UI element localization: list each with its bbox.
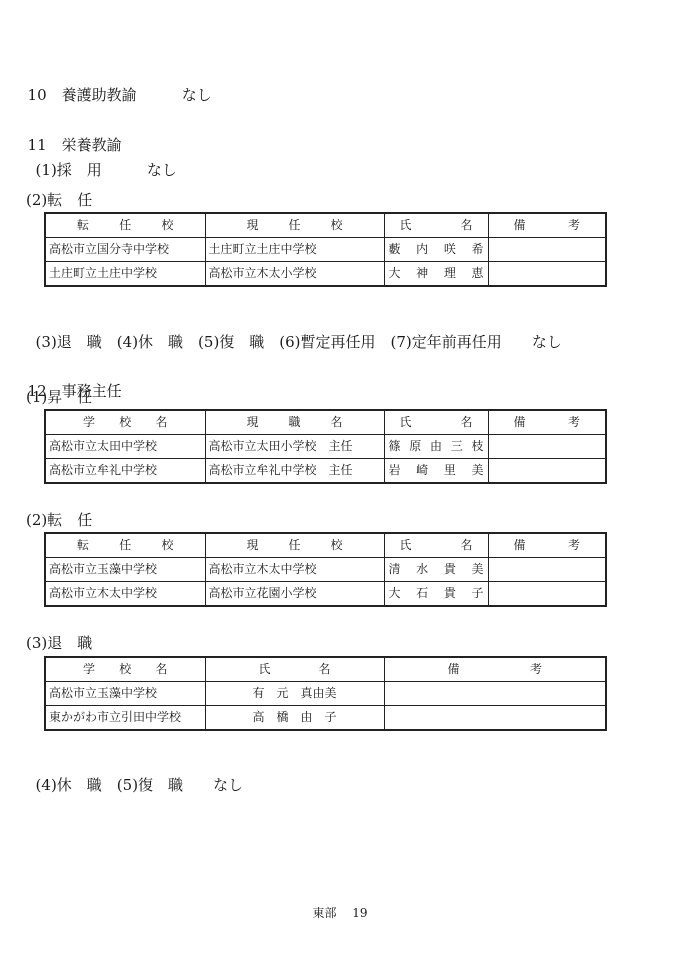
s11-sub2-label: (2)転 任 [26, 191, 92, 209]
s12-retirement-table: 学校名 氏名 備考 高松市立玉藻中学校 有 元 真由美 東かがわ市立引田中学校 … [44, 656, 607, 731]
cell-name: 高 橋 由 子 [205, 706, 384, 731]
footer-region: 東部 [312, 906, 336, 920]
cell-to: 高松市立花園小学校 [205, 582, 384, 607]
col-header-name: 氏名 [205, 657, 384, 682]
table-row: 高松市立玉藻中学校 高松市立木太中学校 清水貴美 [45, 558, 606, 582]
cell-from: 土庄町立土庄中学校 [45, 262, 205, 287]
s12-sub3-label: (3)退 職 [26, 634, 92, 652]
table-header: 転任校 現任校 氏名 備考 [45, 213, 606, 238]
col-header-from: 転任校 [45, 213, 205, 238]
cell-name: 藪内咲希 [384, 238, 488, 262]
cell-name: 有 元 真由美 [205, 682, 384, 706]
cell-note [488, 238, 606, 262]
col-header-school: 学校名 [45, 657, 205, 682]
table-row: 土庄町立土庄中学校 高松市立木太小学校 大神理恵 [45, 262, 606, 287]
cell-name: 岩崎里美 [384, 459, 488, 484]
col-header-school: 学校名 [45, 410, 205, 435]
cell-school: 高松市立牟礼中学校 [45, 459, 205, 484]
sub-label: (3)退 職 (4)休 職 (5)復 職 (6)暫定再任用 (7)定年前再任用 [36, 333, 502, 351]
cell-name: 大神理恵 [384, 262, 488, 287]
cell-to: 高松市立木太小学校 [205, 262, 384, 287]
cell-note [384, 706, 606, 731]
sub-label: (1)採 用 [36, 161, 102, 179]
cell-current-post: 高松市立太田小学校 主任 [205, 435, 384, 459]
cell-name: 清水貴美 [384, 558, 488, 582]
col-header-name: 氏名 [384, 533, 488, 558]
s11-sub1: (1)採 用 なし [26, 143, 177, 179]
cell-to: 土庄町立土庄中学校 [205, 238, 384, 262]
col-header-note: 備考 [488, 410, 606, 435]
table-header: 学校名 氏名 備考 [45, 657, 606, 682]
cell-current-post: 高松市立牟礼中学校 主任 [205, 459, 384, 484]
s12-promotion-table: 学校名 現職名 氏名 備考 高松市立太田中学校 高松市立太田小学校 主任 篠原由… [44, 409, 607, 484]
s12-sub1-label: (1)昇 任 [26, 388, 92, 406]
section-10-heading: 10 養護助教諭 なし [18, 68, 212, 104]
s11-transfer-table: 転任校 現任校 氏名 備考 高松市立国分寺中学校 土庄町立土庄中学校 藪内咲希 … [44, 212, 607, 287]
cell-note [488, 459, 606, 484]
col-header-to: 現任校 [205, 533, 384, 558]
s11-sub-rest: (3)退 職 (4)休 職 (5)復 職 (6)暫定再任用 (7)定年前再任用 … [26, 315, 562, 351]
col-header-name: 氏名 [384, 213, 488, 238]
cell-note [488, 558, 606, 582]
col-header-note: 備考 [384, 657, 606, 682]
cell-school: 高松市立太田中学校 [45, 435, 205, 459]
table-row: 高松市立太田中学校 高松市立太田小学校 主任 篠原由三枝 [45, 435, 606, 459]
cell-from: 高松市立木太中学校 [45, 582, 205, 607]
cell-note [488, 262, 606, 287]
cell-school: 東かがわ市立引田中学校 [45, 706, 205, 731]
cell-from: 高松市立国分寺中学校 [45, 238, 205, 262]
s12-sub2-label: (2)転 任 [26, 511, 92, 529]
s12-transfer-table: 転任校 現任校 氏名 備考 高松市立玉藻中学校 高松市立木太中学校 清水貴美 高… [44, 532, 607, 607]
cell-note [488, 582, 606, 607]
page-footer: 東部 19 [0, 904, 680, 921]
section-title: 養護助教諭 [62, 86, 137, 104]
col-header-name: 氏名 [384, 410, 488, 435]
page-number: 19 [352, 906, 367, 920]
table-row: 高松市立国分寺中学校 土庄町立土庄中学校 藪内咲希 [45, 238, 606, 262]
col-header-note: 備考 [488, 213, 606, 238]
table-header: 学校名 現職名 氏名 備考 [45, 410, 606, 435]
sub-note: なし [532, 333, 562, 351]
cell-name: 篠原由三枝 [384, 435, 488, 459]
cell-school: 高松市立玉藻中学校 [45, 682, 205, 706]
table-row: 高松市立木太中学校 高松市立花園小学校 大石貴子 [45, 582, 606, 607]
cell-to: 高松市立木太中学校 [205, 558, 384, 582]
cell-note [488, 435, 606, 459]
table-header: 転任校 現任校 氏名 備考 [45, 533, 606, 558]
cell-name: 大石貴子 [384, 582, 488, 607]
cell-note [384, 682, 606, 706]
sub-note: なし [147, 161, 177, 179]
section-number: 10 [28, 86, 47, 104]
table-row: 東かがわ市立引田中学校 高 橋 由 子 [45, 706, 606, 731]
col-header-current-post: 現職名 [205, 410, 384, 435]
table-row: 高松市立玉藻中学校 有 元 真由美 [45, 682, 606, 706]
sub-note: なし [213, 776, 243, 794]
table-row: 高松市立牟礼中学校 高松市立牟礼中学校 主任 岩崎里美 [45, 459, 606, 484]
sub-label: (4)休 職 (5)復 職 [36, 776, 184, 794]
section-note: なし [182, 86, 212, 104]
col-header-note: 備考 [488, 533, 606, 558]
cell-from: 高松市立玉藻中学校 [45, 558, 205, 582]
s12-sub-rest: (4)休 職 (5)復 職 なし [26, 758, 243, 794]
col-header-from: 転任校 [45, 533, 205, 558]
col-header-to: 現任校 [205, 213, 384, 238]
